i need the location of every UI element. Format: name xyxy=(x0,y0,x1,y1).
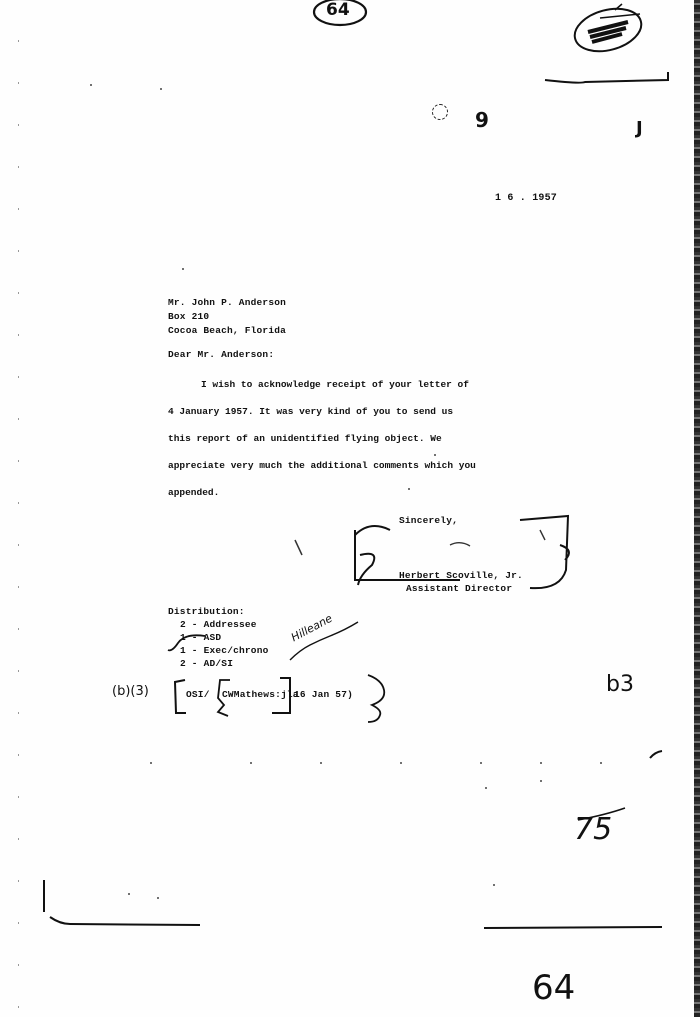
scan-speck xyxy=(493,884,495,886)
body-line: appreciate very much the additional comm… xyxy=(168,460,476,471)
handwritten-page-number-bottom: 64 xyxy=(532,968,575,1008)
scan-speck xyxy=(540,780,542,782)
handwritten-ink-layer xyxy=(0,0,700,1017)
distribution-item: 2 - Addressee xyxy=(180,619,257,630)
distribution-item: 2 - AD/SI xyxy=(180,658,233,669)
scan-speck xyxy=(160,88,162,90)
handwritten-mark-9: 9 xyxy=(475,108,489,132)
scan-speck xyxy=(182,268,184,270)
scan-speck xyxy=(150,762,152,764)
recipient-name: Mr. John P. Anderson xyxy=(168,297,286,308)
body-line: appended. xyxy=(168,487,219,498)
redaction-code: (b)(3) xyxy=(112,684,149,699)
scan-speck xyxy=(90,84,92,86)
distribution-item: 1 - ASD xyxy=(180,632,221,643)
scan-speck xyxy=(434,454,436,456)
scan-speck xyxy=(540,762,542,764)
scan-speck xyxy=(480,762,482,764)
scan-speck xyxy=(320,762,322,764)
scan-speck xyxy=(408,488,410,490)
handwritten-number-75: 75 xyxy=(574,812,612,847)
scanned-letter-page: 64 9 J 1 6 . 1957 Mr. John P. Anderson B… xyxy=(0,0,700,1017)
handwritten-page-number-top: 64 xyxy=(326,0,350,20)
distribution-item: 1 - Exec/chrono xyxy=(180,645,269,656)
scan-speck xyxy=(250,762,252,764)
circle-mark xyxy=(432,104,448,120)
body-line: 4 January 1957. It was very kind of you … xyxy=(168,406,453,417)
signatory-title: Assistant Director xyxy=(406,583,512,594)
scan-speck xyxy=(485,787,487,789)
reference-office: OSI/ xyxy=(186,689,210,700)
body-line: I wish to acknowledge receipt of your le… xyxy=(201,379,469,390)
body-line: this report of an unidentified flying ob… xyxy=(168,433,442,444)
closing: Sincerely, xyxy=(399,515,458,526)
scan-speck xyxy=(400,762,402,764)
signatory-name: Herbert Scoville, Jr. xyxy=(399,570,523,581)
recipient-address-2: Cocoa Beach, Florida xyxy=(168,325,286,336)
recipient-address-1: Box 210 xyxy=(168,311,209,322)
scan-speck xyxy=(157,897,159,899)
salutation: Dear Mr. Anderson: xyxy=(168,349,274,360)
handwritten-mark-j: J xyxy=(636,118,643,139)
reference-initials: CWMathews:jla xyxy=(222,689,299,700)
scan-speck xyxy=(128,893,130,895)
date-stamp: 1 6 . 1957 xyxy=(495,193,557,204)
reference-date: 16 Jan 57) xyxy=(294,689,353,700)
handwritten-exemption: b3 xyxy=(606,672,634,697)
distribution-heading: Distribution: xyxy=(168,606,245,617)
scan-speck xyxy=(600,762,602,764)
